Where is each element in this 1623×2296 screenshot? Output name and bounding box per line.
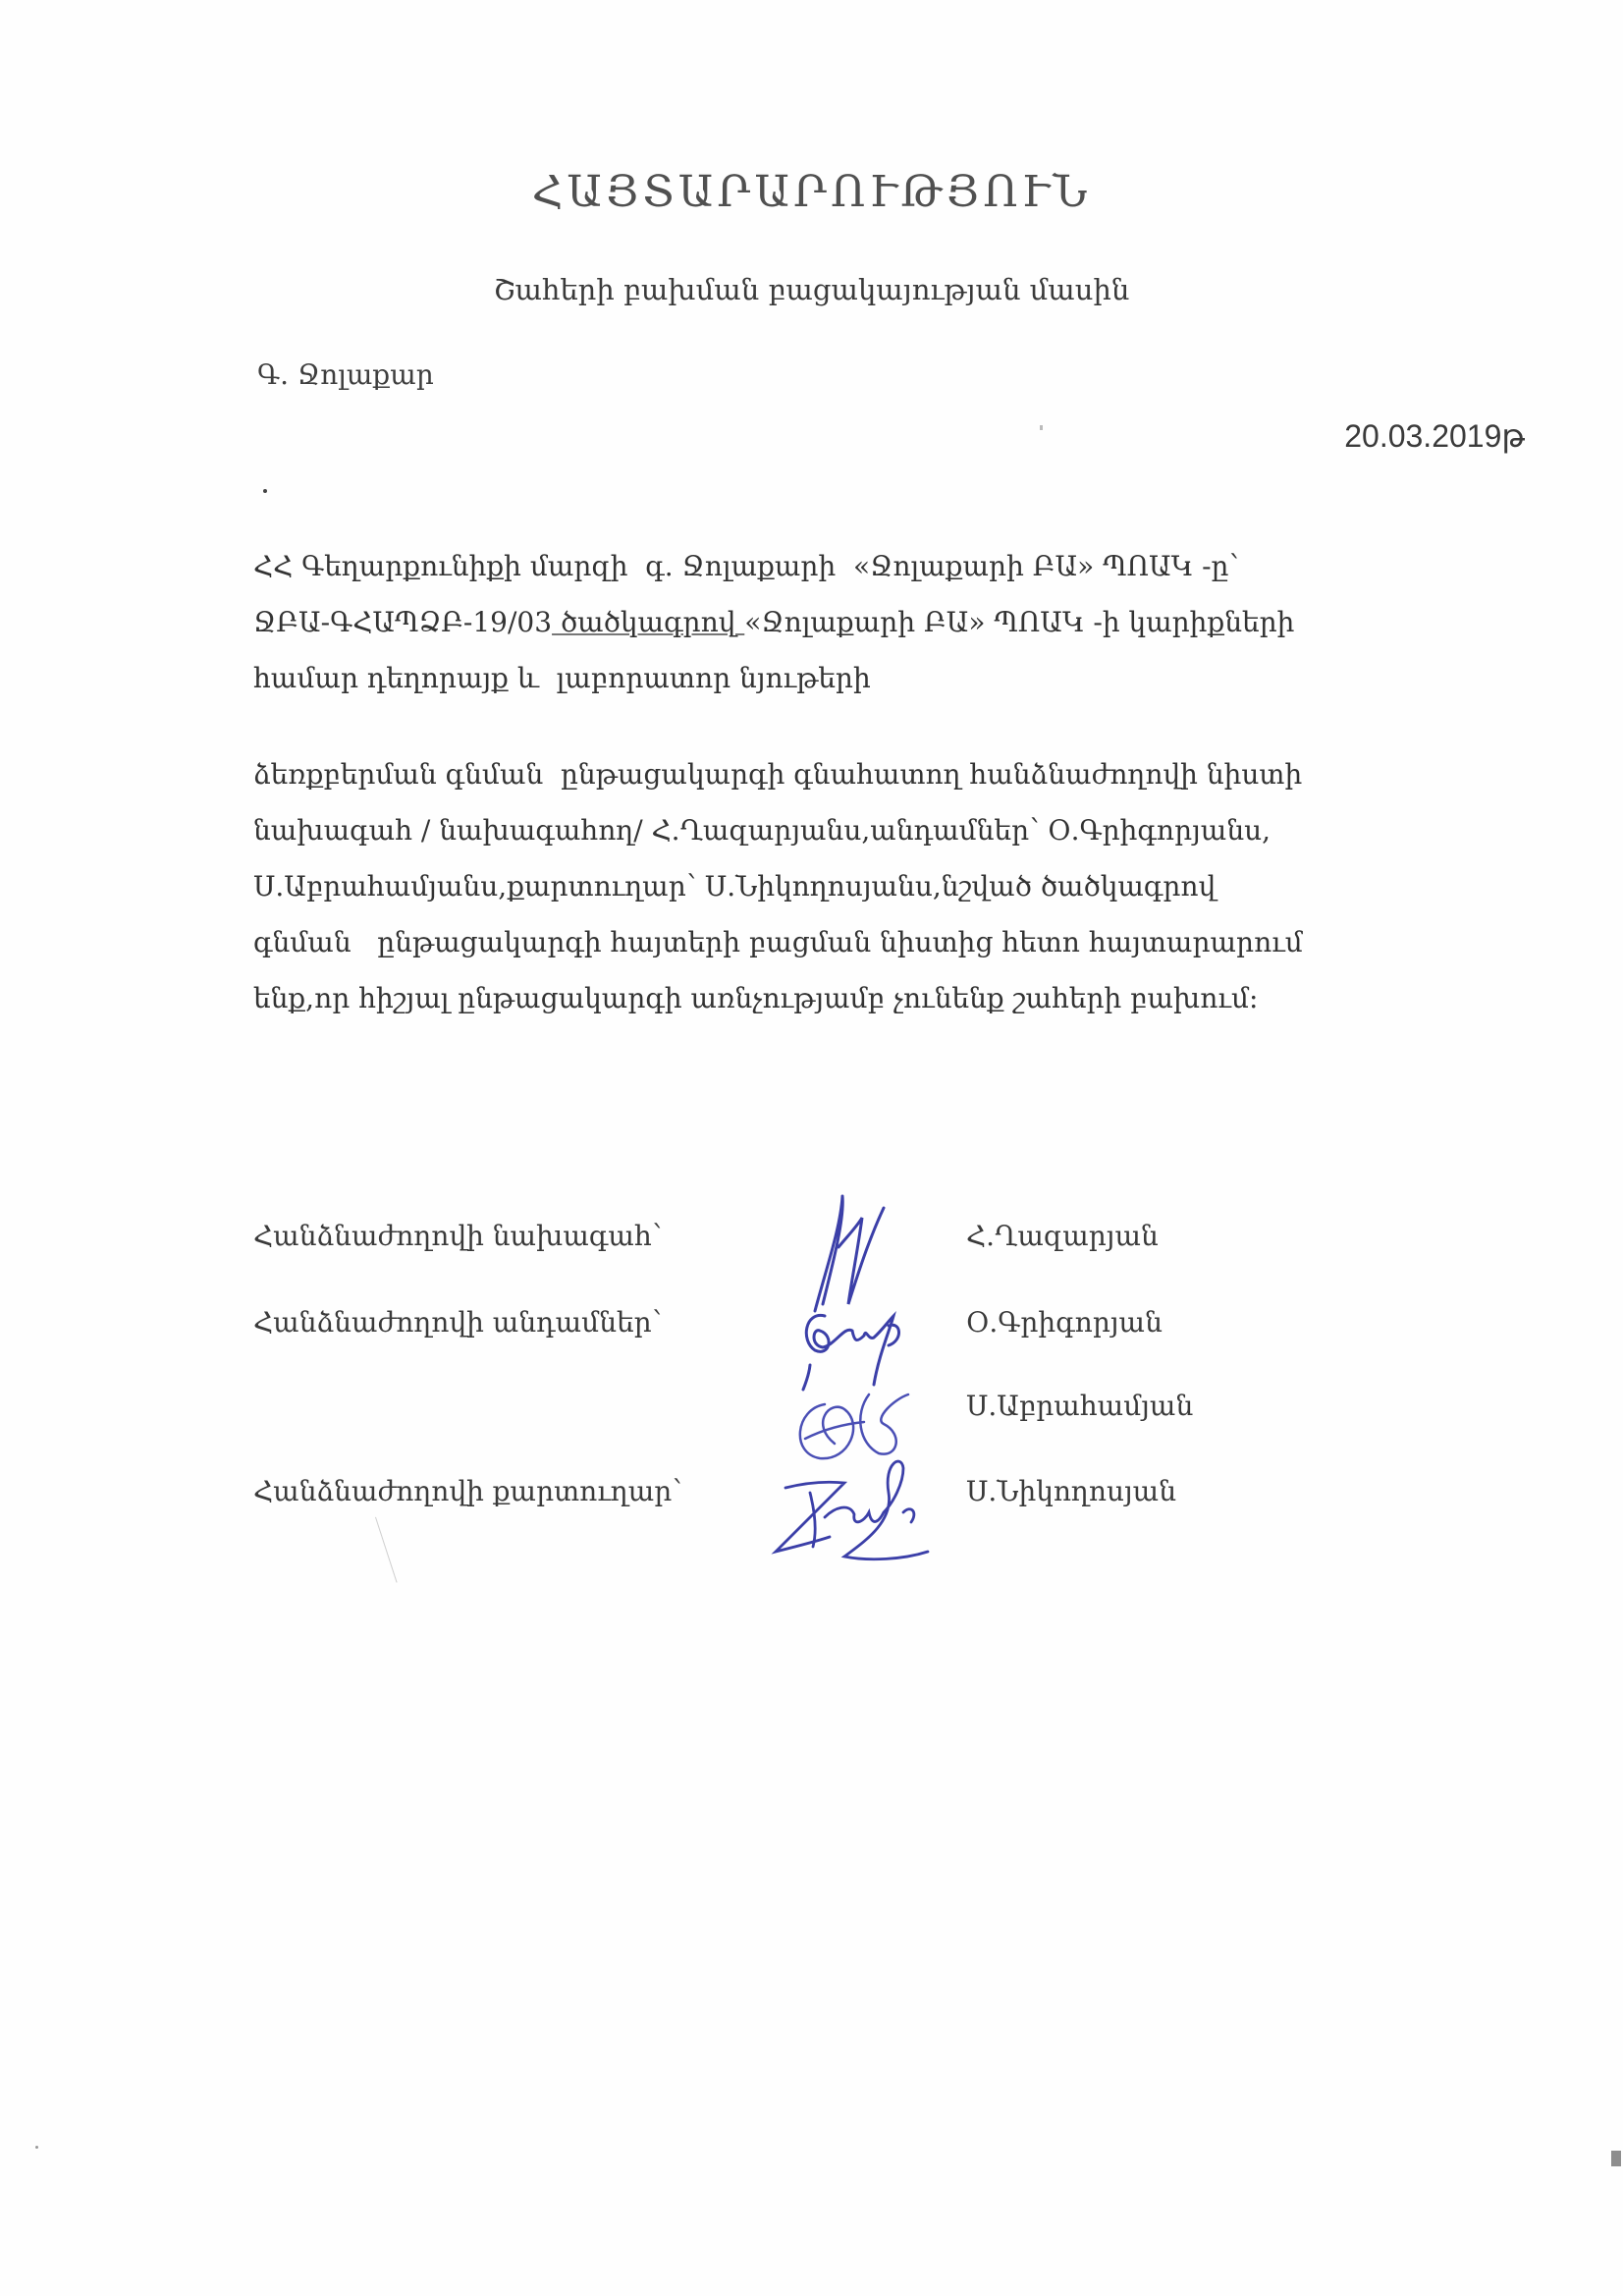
paragraph-2-line-3: Ս.Աբրահամյանս,քարտուղար՝ Ս.Նիկողոսյանս,ն…	[253, 858, 1530, 914]
paragraph-2-line-2: նախագահ / նախագահող/ Հ.Ղազարյանս,անդամնե…	[253, 802, 1530, 858]
signature-row-member-1: Հանձնաժողովի անդամներ՝ Օ.Գրիգորյան	[253, 1306, 1333, 1365]
signatory-name: Ս.Նիկողոսյան	[966, 1475, 1176, 1507]
paragraph-1-line-1: ՀՀ Գեղարքունիքի մարզի գ. Ջոլաքարի «Ջոլաք…	[253, 538, 1530, 594]
scan-artifact-mark	[1611, 2151, 1621, 2166]
stray-dot-mark	[263, 489, 267, 493]
paragraph-2: ձեռքբերման գնման ընթացակարգի գնահատող հա…	[253, 746, 1530, 1026]
signatory-name: Հ.Ղազարյան	[966, 1220, 1159, 1252]
paragraph-2-line-4: գնման ընթացակարգի հայտերի բացման նիստից …	[253, 914, 1530, 970]
paragraph-2-line-5: ենք,որ հիշյալ ընթացակարգի առնչությամբ չո…	[253, 970, 1530, 1026]
paragraph-1: ՀՀ Գեղարքունիքի մարզի գ. Ջոլաքարի «Ջոլաք…	[253, 538, 1530, 706]
document-subtitle: Շահերի բախման բացակայության մասին	[0, 273, 1623, 306]
signatory-name: Օ.Գրիգորյան	[966, 1306, 1163, 1339]
scanned-document-page: ՀԱՅՏԱՐԱՐՈՒԹՅՈՒՆ Շահերի բախման բացակայութ…	[0, 0, 1623, 2296]
code-label-underlined: ծածկագրով	[552, 606, 744, 638]
handwritten-signature-secretary	[756, 1444, 952, 1571]
signature-role: Հանձնաժողովի քարտուղար՝	[253, 1475, 682, 1507]
paragraph-1-line-2-rest: «Ջոլաքարի ԲԱ» ՊՈԱԿ -ի կարիքների	[744, 606, 1294, 638]
signature-role: Հանձնաժողովի նախագահ՝	[253, 1220, 662, 1252]
handwritten-signature-member-1	[795, 1296, 923, 1394]
tender-code: ՋԲԱ-ԳՀԱՊՁԲ-19/03	[253, 606, 552, 638]
paragraph-1-line-2: ՋԲԱ-ԳՀԱՊՁԲ-19/03 ծածկագրով «Ջոլաքարի ԲԱ»…	[253, 594, 1530, 650]
document-date: 20.03.2019թ	[1344, 417, 1525, 455]
paragraph-2-line-1: ձեռքբերման գնման ընթացակարգի գնահատող հա…	[253, 746, 1530, 802]
document-place: Գ. Ջոլաքար	[257, 358, 434, 391]
paragraph-1-line-3: համար դեղորայք և լաբորատոր նյութերի	[253, 650, 1530, 706]
scan-artifact-speck	[35, 2146, 38, 2149]
scan-artifact-speck	[1040, 425, 1043, 430]
signatory-name: Ս.Աբրահամյան	[966, 1390, 1193, 1422]
signature-role: Հանձնաժողովի անդամներ՝	[253, 1306, 662, 1339]
document-title: ՀԱՅՏԱՐԱՐՈՒԹՅՈՒՆ	[0, 167, 1623, 217]
signature-row-chairman: Հանձնաժողովի նախագահ՝ Հ.Ղազարյան	[253, 1220, 1333, 1279]
